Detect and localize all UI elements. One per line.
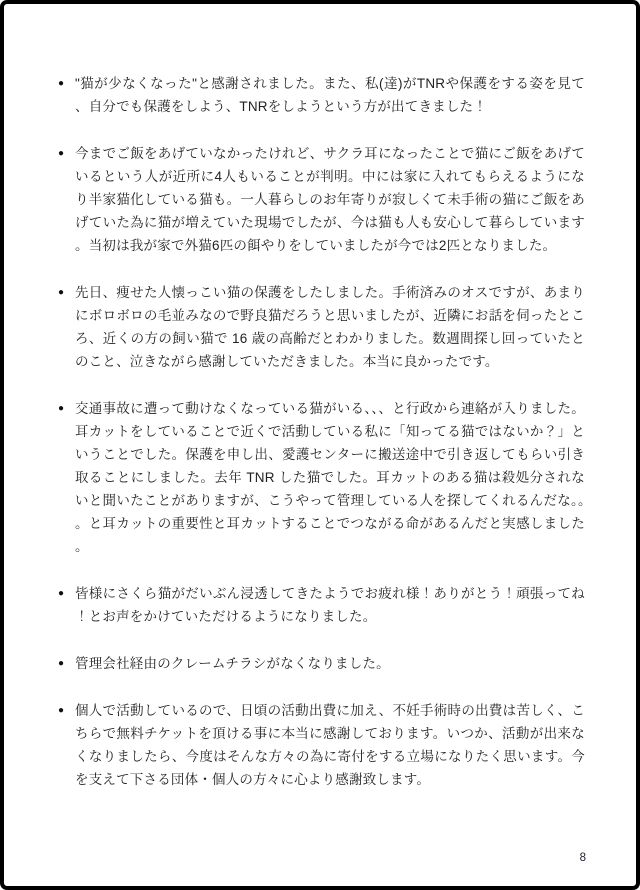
list-item: ● 個人で活動しているので、日頃の活動出費に加え、不妊手術時の出費は苦しく、こち… [58, 699, 585, 791]
bullet-text: 個人で活動しているので、日頃の活動出費に加え、不妊手術時の出費は苦しく、こちらで… [75, 699, 585, 791]
bullet-text: 今までご飯をあげていなかったけれど、サクラ耳になったことで猫にご飯をあげていると… [75, 142, 585, 257]
bullet-icon: ● [58, 582, 68, 628]
bullet-icon: ● [58, 142, 68, 257]
page-number: 8 [580, 852, 586, 864]
bullet-icon: ● [58, 699, 68, 791]
bullet-text: "猫が少なくなった"と感謝されました。また、私(達)がTNRや保護をする姿を見て… [75, 72, 585, 118]
list-item: ● 皆様にさくら猫がだいぶん浸透してきたようでお疲れ様！ありがとう！頑張ってね！… [58, 582, 585, 628]
document-page: ● "猫が少なくなった"と感謝されました。また、私(達)がTNRや保護をする姿を… [0, 0, 640, 890]
bullet-icon: ● [58, 281, 68, 373]
bullet-icon: ● [58, 72, 68, 118]
bullet-text: 管理会社経由のクレームチラシがなくなりました。 [75, 652, 585, 675]
bullet-text: 交通事故に遭って動けなくなっている猫がいる、、、と行政から連絡が入りました。耳カ… [75, 397, 585, 558]
bullet-list: ● "猫が少なくなった"と感謝されました。また、私(達)がTNRや保護をする姿を… [58, 72, 585, 815]
list-item: ● 管理会社経由のクレームチラシがなくなりました。 [58, 652, 585, 675]
bullet-text: 先日、痩せた人懐っこい猫の保護をしたしました。手術済みのオスですが、あまりにボロ… [75, 281, 585, 373]
list-item: ● 交通事故に遭って動けなくなっている猫がいる、、、と行政から連絡が入りました。… [58, 397, 585, 558]
bullet-text: 皆様にさくら猫がだいぶん浸透してきたようでお疲れ様！ありがとう！頑張ってね！とお… [75, 582, 585, 628]
list-item: ● "猫が少なくなった"と感謝されました。また、私(達)がTNRや保護をする姿を… [58, 72, 585, 118]
list-item: ● 今までご飯をあげていなかったけれど、サクラ耳になったことで猫にご飯をあげてい… [58, 142, 585, 257]
bullet-icon: ● [58, 652, 68, 675]
list-item: ● 先日、痩せた人懐っこい猫の保護をしたしました。手術済みのオスですが、あまりに… [58, 281, 585, 373]
bullet-icon: ● [58, 397, 68, 558]
